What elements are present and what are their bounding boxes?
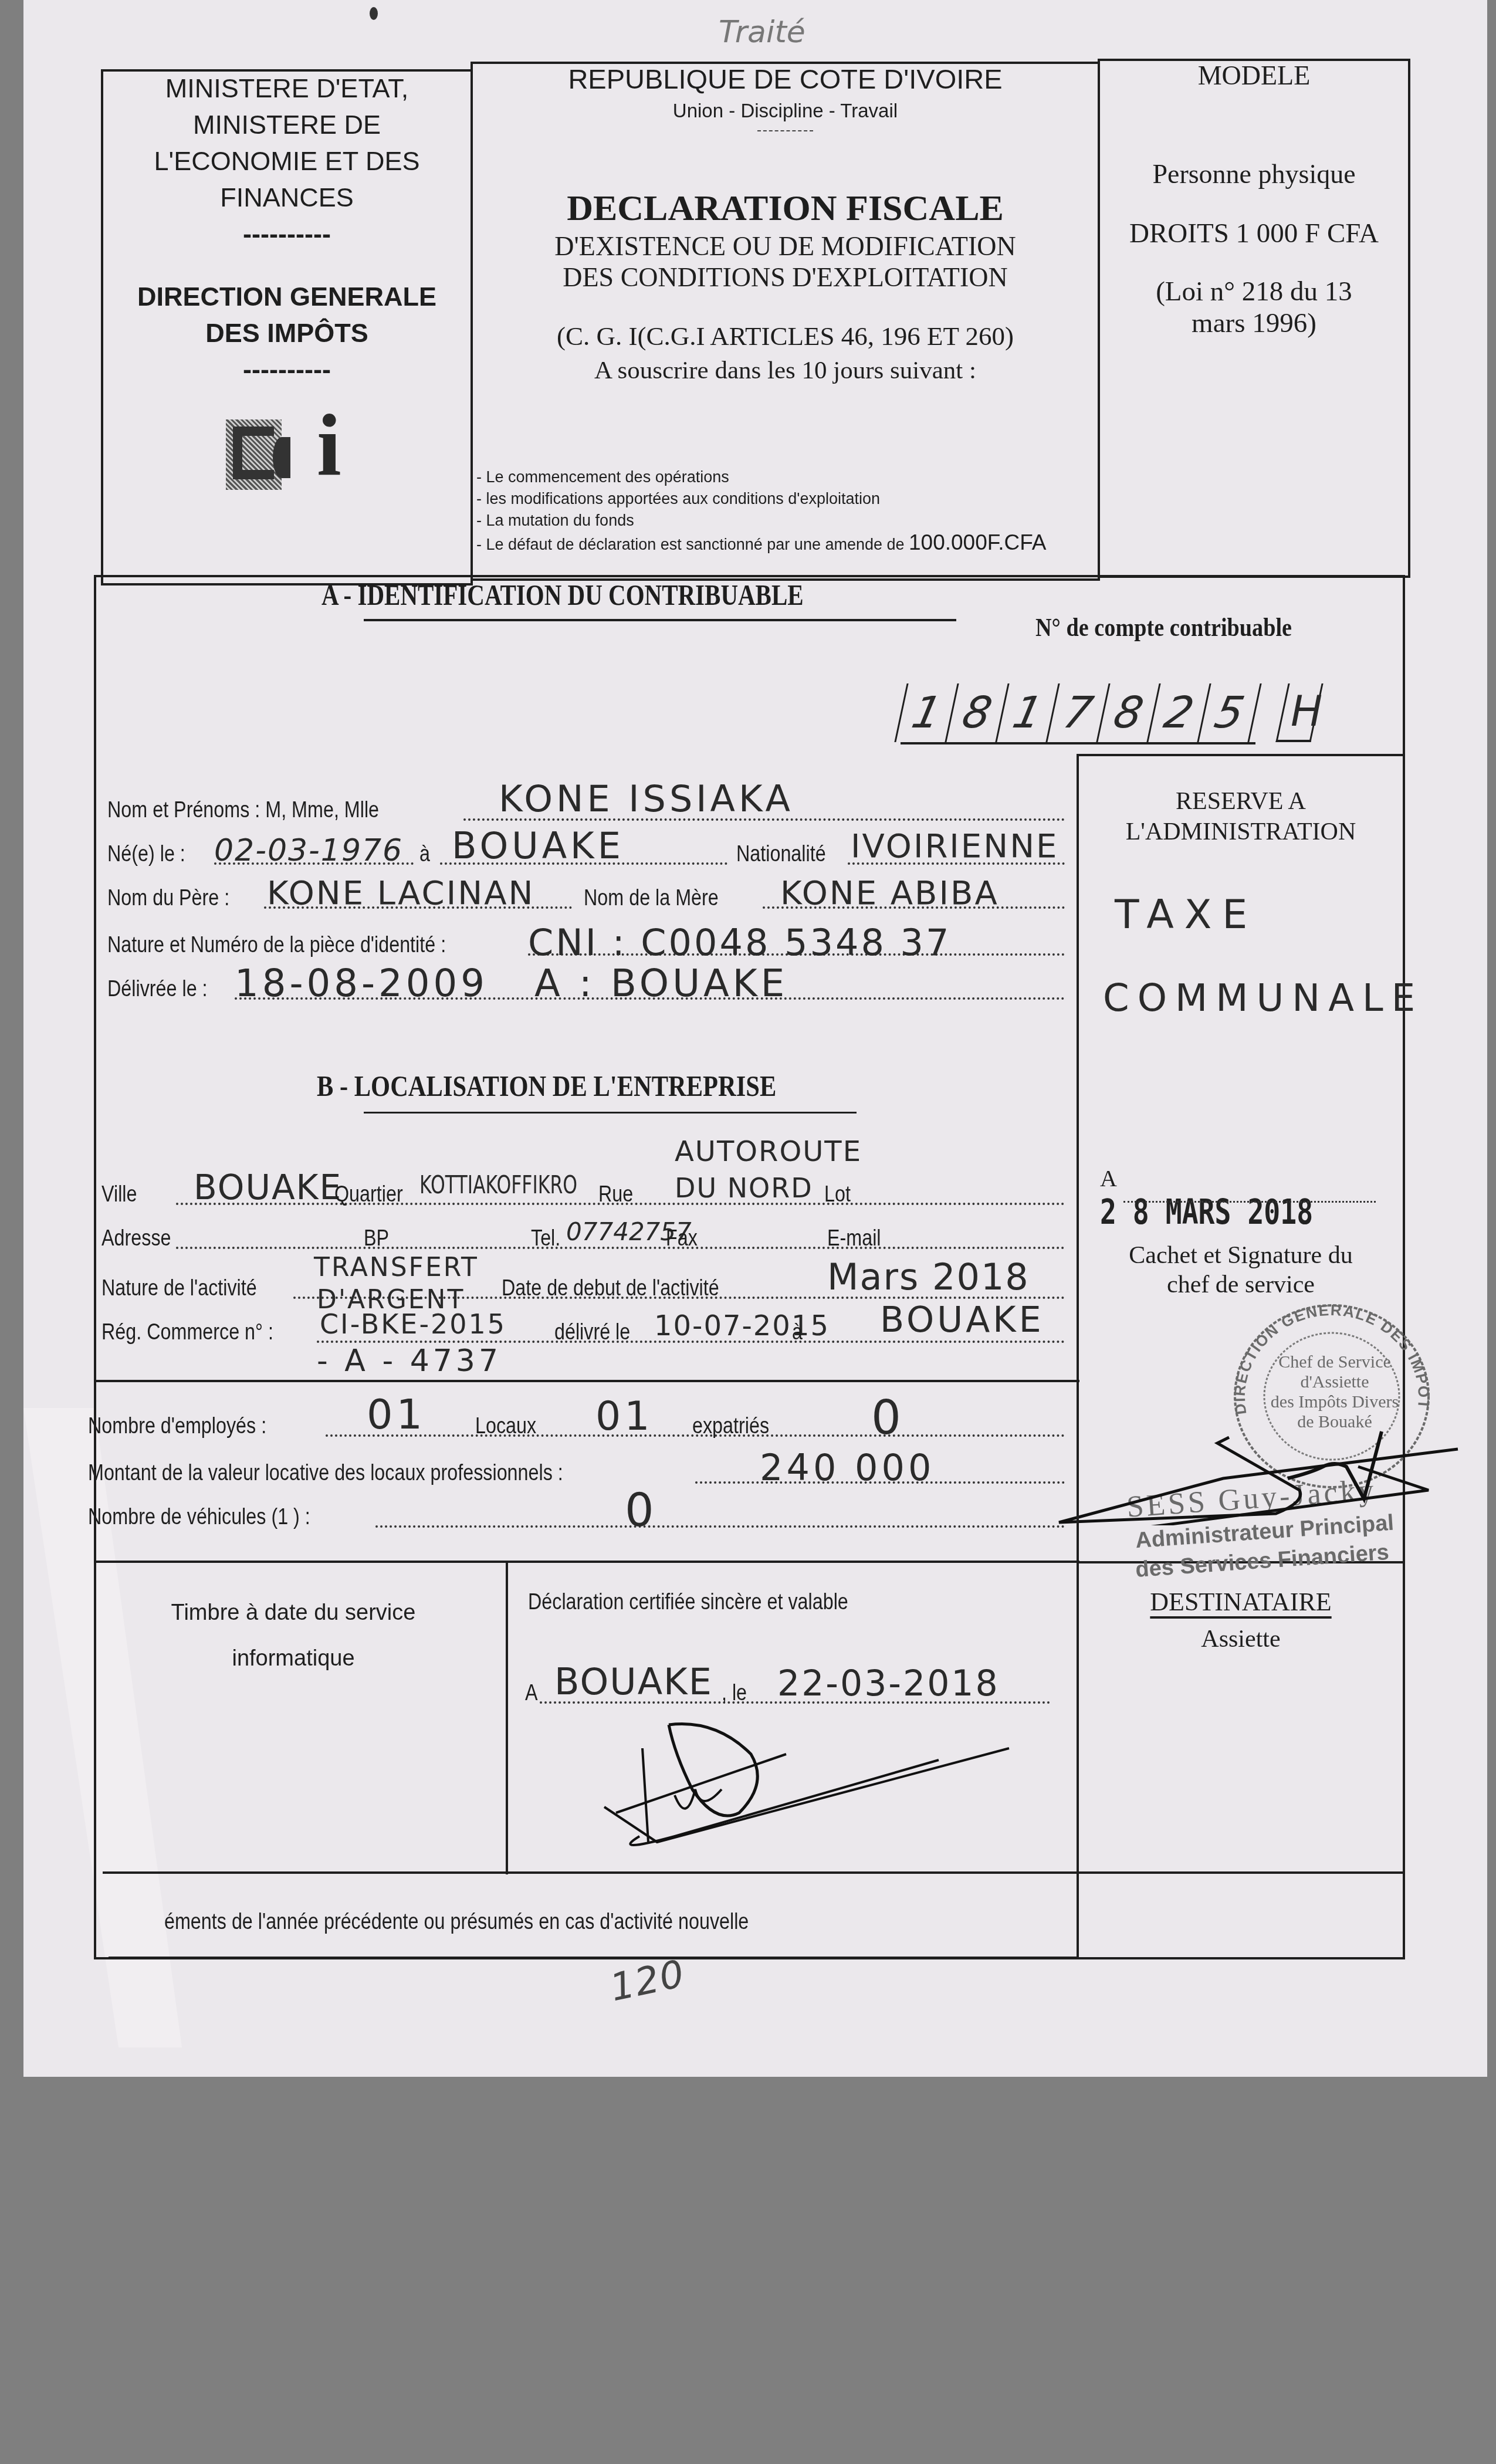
account-key: H [1291,686,1322,736]
law-ref: (Loi n° 218 du 13 [1100,276,1408,307]
section-a-underline [364,619,956,621]
dgi-logo: i [226,414,361,507]
birth-label: Né(e) le : [107,842,185,867]
directorate-line: DIRECTION GENERALE [103,279,471,315]
rc-place-value: BOUAKE [880,1299,1044,1341]
recipient-value: Assiette [1079,1625,1403,1653]
recipient-block: DESTINATAIRE Assiette [1079,1587,1403,1653]
issued-label: Délivrée le : [107,977,208,1002]
fees: DROITS 1 000 F CFA [1100,218,1408,249]
rc-place-label: à [792,1320,803,1345]
start-value: Mars 2018 [827,1255,1030,1298]
declarant-signature-icon [587,1719,1033,1860]
account-label: N° de compte contribuable [1035,612,1292,642]
district-value: KOTTIAKOFFIKRO [419,1170,577,1199]
ministry-line: L'ECONOMIE ET DES [103,143,471,180]
footer-bottom-line [103,1871,1405,1874]
ministry-line: MINISTERE DE [103,107,471,143]
logo-c-letter [273,437,290,478]
name-value: KONE ISSIAKA [499,777,794,820]
name-label: Nom et Prénoms : M, Mme, Mlle [107,798,379,823]
certified-label: Déclaration certifiée sincère et valable [528,1590,848,1615]
admin-date-prefix: A [1100,1165,1117,1192]
account-number: 1817825 H [901,683,1282,742]
top-annotation: Traité [719,15,805,50]
directorate-line: DES IMPÔTS [103,315,471,351]
activity-label: Nature de l'activité [101,1276,257,1301]
street-line1: AUTOROUTE [675,1135,862,1168]
condition-item: - les modifications apportées aux condit… [476,488,1098,510]
nationality-value: IVOIRIENNE [851,827,1058,865]
lot-label: Lot [824,1182,851,1207]
model-block: MODELE Personne physique DROITS 1 000 F … [1100,59,1408,339]
section-b-title: B - LOCALISATION DE L'ENTREPRISE [317,1069,776,1103]
vehicles-value: 0 [625,1484,658,1537]
condition-item: - Le défaut de déclaration est sanctionn… [476,532,1098,556]
city-label: Ville [101,1182,137,1207]
rc-issued-value: 10-07-2015 [654,1309,830,1342]
employees-value: 01 [367,1390,426,1439]
footer-top-line [94,1561,1079,1563]
rc-number-line2: - A - 4737 [317,1343,502,1379]
date-value: 22-03-2018 [777,1663,1000,1704]
fine-amount: 100.000F.CFA [909,530,1046,554]
republic-name: REPUBLIQUE DE COTE D'IVOIRE [473,63,1098,95]
person-type: Personne physique [1100,158,1408,189]
street-line2: DU NORD [675,1172,813,1204]
section-a-title: A - IDENTIFICATION DU CONTRIBUABLE [321,578,804,612]
model-label: MODELE [1100,60,1408,91]
chief-signature-icon [1053,1379,1464,1525]
account-digits: 1817825 [901,683,1255,744]
condition-item: - La mutation du fonds [476,510,1098,532]
date-stamp-label: Timbre à date du service informatique [141,1590,446,1681]
admin-note-line1: TAXE [1115,892,1258,938]
activity-line1: TRANSFERT [314,1253,479,1282]
father-label: Nom du Père : [107,886,229,911]
form-title-block: DECLARATION FISCALE D'EXISTENCE OU DE MO… [473,188,1098,385]
deadline-note: A souscrire dans les 10 jours suivant : [473,356,1098,385]
birth-place: BOUAKE [452,824,624,867]
birth-place-label: à [419,842,430,867]
separator: ---------- [103,216,471,252]
conditions-list: - Le commencement des opérations - les m… [476,466,1098,556]
vehicles-label: Nombre de véhicules (1 ) : [88,1505,310,1530]
recipient-title: DESTINATAIRE [1079,1587,1403,1617]
admin-left-border [1077,754,1079,1959]
stats-line3-dots [375,1525,1065,1528]
form-subtitle: D'EXISTENCE OU DE MODIFICATION [473,231,1098,262]
city-value: BOUAKE [194,1167,342,1207]
rc-label: Rég. Commerce n° : [101,1320,273,1345]
admin-date-row: A 2 8 MARS 2018 [1100,1165,1376,1232]
employees-label: Nombre d'employés : [88,1414,266,1439]
articles-ref: (C. G. I(C.G.I ARTICLES 46, 196 ET 260) [473,321,1098,351]
footnote-bottom-line [109,1957,1077,1959]
motto: Union - Discipline - Travail [473,100,1098,122]
address-label: Adresse [101,1226,171,1251]
bp-label: BP [364,1226,389,1251]
logo-d-letter [233,427,274,479]
admin-date-stamp: 2 8 MARS 2018 [1100,1192,1313,1232]
republic-block: REPUBLIQUE DE COTE D'IVOIRE Union - Disc… [473,62,1098,131]
law-ref: mars 1996) [1100,307,1408,339]
rent-value: 240 000 [760,1446,935,1489]
rc-number-line1: CI-BKE-2015 [320,1308,506,1340]
section-b-underline [364,1112,857,1113]
admin-date-dots [1123,1201,1376,1203]
email-label: E-mail [827,1226,881,1251]
motto-rule [757,130,813,131]
expats-value: 0 [871,1390,905,1445]
logo-i-letter: i [317,402,341,490]
expats-label: expatriés [692,1414,769,1439]
rent-label: Montant de la valeur locative des locaux… [88,1461,563,1486]
premises-label: Locaux [475,1414,536,1439]
admin-note-line2: COMMUNALE [1103,977,1423,1020]
mother-label: Nom de la Mère [584,886,719,911]
form-title: DECLARATION FISCALE [473,188,1098,229]
district-label: Quartier [334,1182,403,1207]
footnote: éments de l'année précédente ou présumés… [164,1910,749,1935]
fax-label: Fax [666,1226,698,1251]
father-value: KONE LACINAN [267,874,534,912]
id-label: Nature et Numéro de la pièce d'identité … [107,933,446,958]
contact-line-dots [176,1247,1065,1249]
scan-speck [370,7,378,20]
admin-title: RESERVE A L'ADMINISTRATION [1079,786,1403,847]
ministry-block: MINISTERE D'ETAT, MINISTERE DE L'ECONOMI… [103,70,471,252]
ministry-line: MINISTERE D'ETAT, [103,70,471,107]
stats-top-line [94,1380,1079,1382]
id-value: CNI : C0048 5348 37 [528,921,951,964]
directorate-block: DIRECTION GENERALE DES IMPÔTS ---------- [103,279,471,388]
nationality-label: Nationalité [736,842,826,867]
street-label: Rue [598,1182,633,1207]
date-prefix: , le [722,1681,747,1706]
birth-date: 02-03-1976 [214,833,403,868]
condition-item: - Le commencement des opérations [476,466,1098,488]
issued-value: 18-08-2009 A : BOUAKE [235,962,788,1006]
separator: ---------- [103,351,471,388]
tel-label: Tel. [531,1226,560,1251]
place-prefix: A [525,1681,538,1706]
premises-value: 01 [595,1393,654,1440]
rc-issued-label: délivré le [554,1320,630,1345]
ministry-line: FINANCES [103,180,471,216]
signature-label: Cachet et Signature du chef de service [1079,1241,1403,1299]
form-subtitle: DES CONDITIONS D'EXPLOITATION [473,262,1098,293]
place-value: BOUAKE [554,1660,713,1703]
footer-divider [506,1561,508,1874]
mother-value: KONE ABIBA [780,874,999,912]
start-label: Date de debut de l'activité [502,1276,719,1301]
